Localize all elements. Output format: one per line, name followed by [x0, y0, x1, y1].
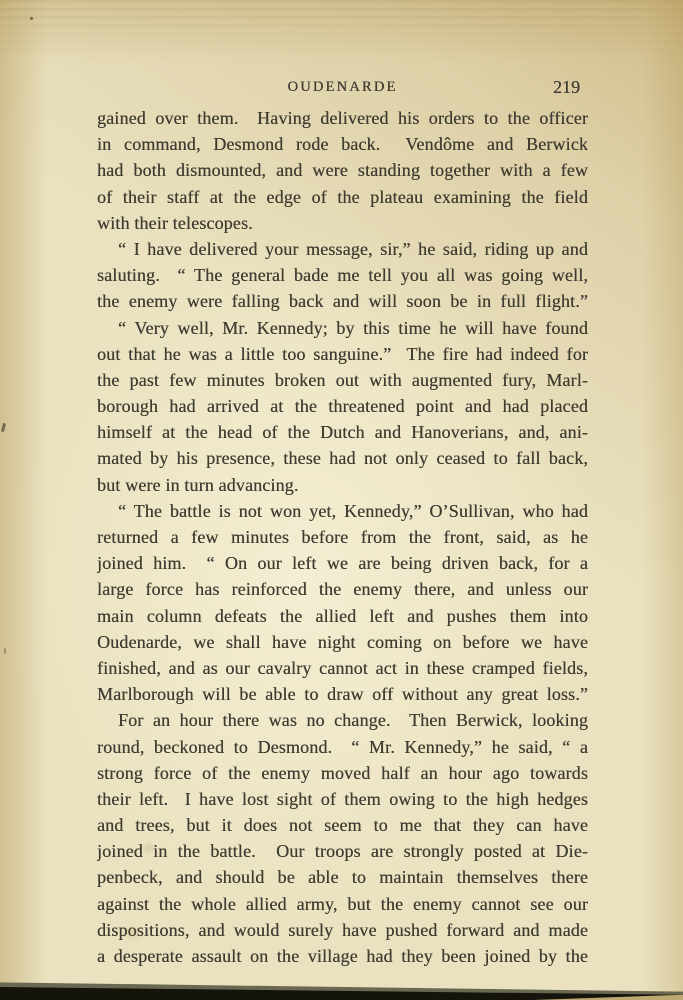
- paragraph: For an hour there was no change. Then Be…: [97, 707, 588, 969]
- text-line: the past few minutes broken out with aug…: [97, 367, 588, 393]
- text-line: “ Very well, Mr. Kennedy; by this time h…: [97, 315, 588, 341]
- paragraph: “ The battle is not won yet, Kennedy,” O…: [97, 498, 588, 708]
- paper-smudge: [120, 925, 146, 941]
- text-line: joined in the battle. Our troops are str…: [97, 838, 588, 864]
- paragraph: “ I have delivered your message, sir,” h…: [97, 236, 588, 315]
- text-line: of their staff at the edge of the platea…: [97, 184, 588, 210]
- text-line: returned a few minutes before from the f…: [97, 524, 588, 550]
- book-page-scan: OUDENARDE 219 gained over them. Having d…: [0, 0, 683, 1000]
- text-line: penbeck, and should be able to maintain …: [97, 864, 588, 890]
- text-line: joined him. “ On our left we are being d…: [97, 550, 588, 576]
- text-line: Oudenarde, we shall have night coming on…: [97, 629, 588, 655]
- text-line: For an hour there was no change. Then Be…: [97, 707, 588, 733]
- paper-speck: [1, 423, 6, 432]
- page-number: 219: [553, 76, 580, 98]
- text-line: round, beckoned to Desmond. “ Mr. Kenned…: [97, 734, 588, 760]
- text-line: had both dismounted, and were standing t…: [97, 157, 588, 183]
- text-line: finished, and as our cavalry cannot act …: [97, 655, 588, 681]
- paper-smudge: [140, 842, 158, 854]
- text-line: mated by his presence, these had not onl…: [97, 445, 588, 471]
- text-line: gained over them. Having delivered his o…: [97, 105, 588, 131]
- scan-edge-band: [0, 974, 683, 1000]
- paper-speck: [30, 17, 33, 20]
- scanner-streaks: [0, 0, 683, 52]
- text-block: gained over them. Having delivered his o…: [97, 105, 588, 969]
- text-line: strong force of the enemy moved half an …: [97, 760, 588, 786]
- text-line: the enemy were falling back and will soo…: [97, 288, 588, 314]
- text-line: large force has reinforced the enemy the…: [97, 576, 588, 602]
- text-line: himself at the head of the Dutch and Han…: [97, 419, 588, 445]
- text-line: “ I have delivered your message, sir,” h…: [97, 236, 588, 262]
- paragraph: “ Very well, Mr. Kennedy; by this time h…: [97, 315, 588, 498]
- running-title: OUDENARDE: [97, 76, 588, 98]
- text-line: borough had arrived at the threatened po…: [97, 393, 588, 419]
- text-line: main column defeats the allied left and …: [97, 603, 588, 629]
- text-line: saluting. “ The general bade me tell you…: [97, 262, 588, 288]
- text-line: in command, Desmond rode back. Vendôme a…: [97, 131, 588, 157]
- text-line: but were in turn advancing.: [97, 472, 588, 498]
- text-line: against the whole allied army, but the e…: [97, 891, 588, 917]
- text-line: “ The battle is not won yet, Kennedy,” O…: [97, 498, 588, 524]
- text-line: out that he was a little too sanguine.” …: [97, 341, 588, 367]
- paper-speck: [4, 648, 6, 654]
- paragraph: gained over them. Having delivered his o…: [97, 105, 588, 236]
- text-line: dispositions, and would surely have push…: [97, 917, 588, 943]
- text-line: Marlborough will be able to draw off wit…: [97, 681, 588, 707]
- text-line: and trees, but it does not seem to me th…: [97, 812, 588, 838]
- running-head: OUDENARDE 219: [97, 76, 588, 98]
- text-line: a desperate assault on the village had t…: [97, 943, 588, 969]
- text-line: with their telescopes.: [97, 210, 588, 236]
- text-line: their left. I have lost sight of them ow…: [97, 786, 588, 812]
